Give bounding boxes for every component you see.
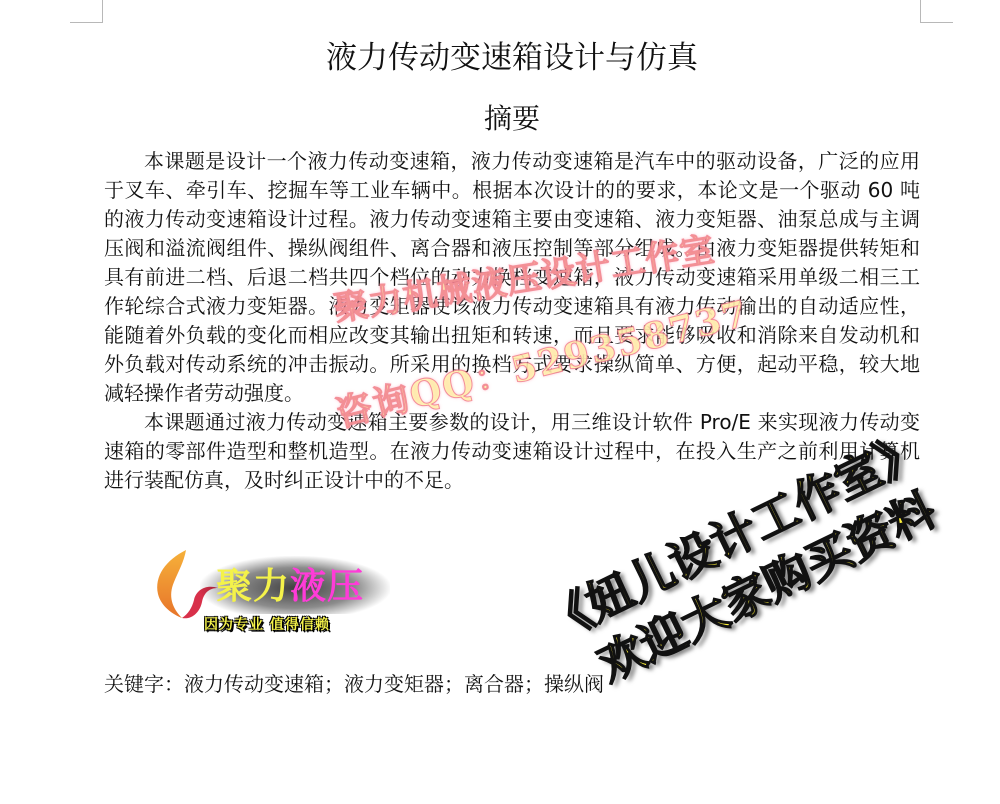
document-title: 液力传动变速箱设计与仿真 <box>0 32 1000 77</box>
logo-name: 聚力液压 <box>216 558 364 609</box>
logo-tagline: 因为专业 值得信赖 <box>204 614 330 634</box>
logo-name-part1: 聚力 <box>216 565 290 607</box>
logo-name-part2: 液压 <box>290 565 364 607</box>
abstract-body: 本课题是设计一个液力传动变速箱，液力传动变速箱是汽车中的驱动设备，广泛的应用于叉… <box>104 147 920 495</box>
page-corner-mark-right <box>920 0 953 23</box>
abstract-heading: 摘要 <box>0 97 1000 137</box>
company-logo: 聚力液压 因为专业 值得信赖 <box>148 548 388 638</box>
keywords-line: 关键字：液力传动变速箱；液力变矩器；离合器；操纵阀 <box>104 670 604 699</box>
page-corner-mark-left <box>70 0 103 23</box>
